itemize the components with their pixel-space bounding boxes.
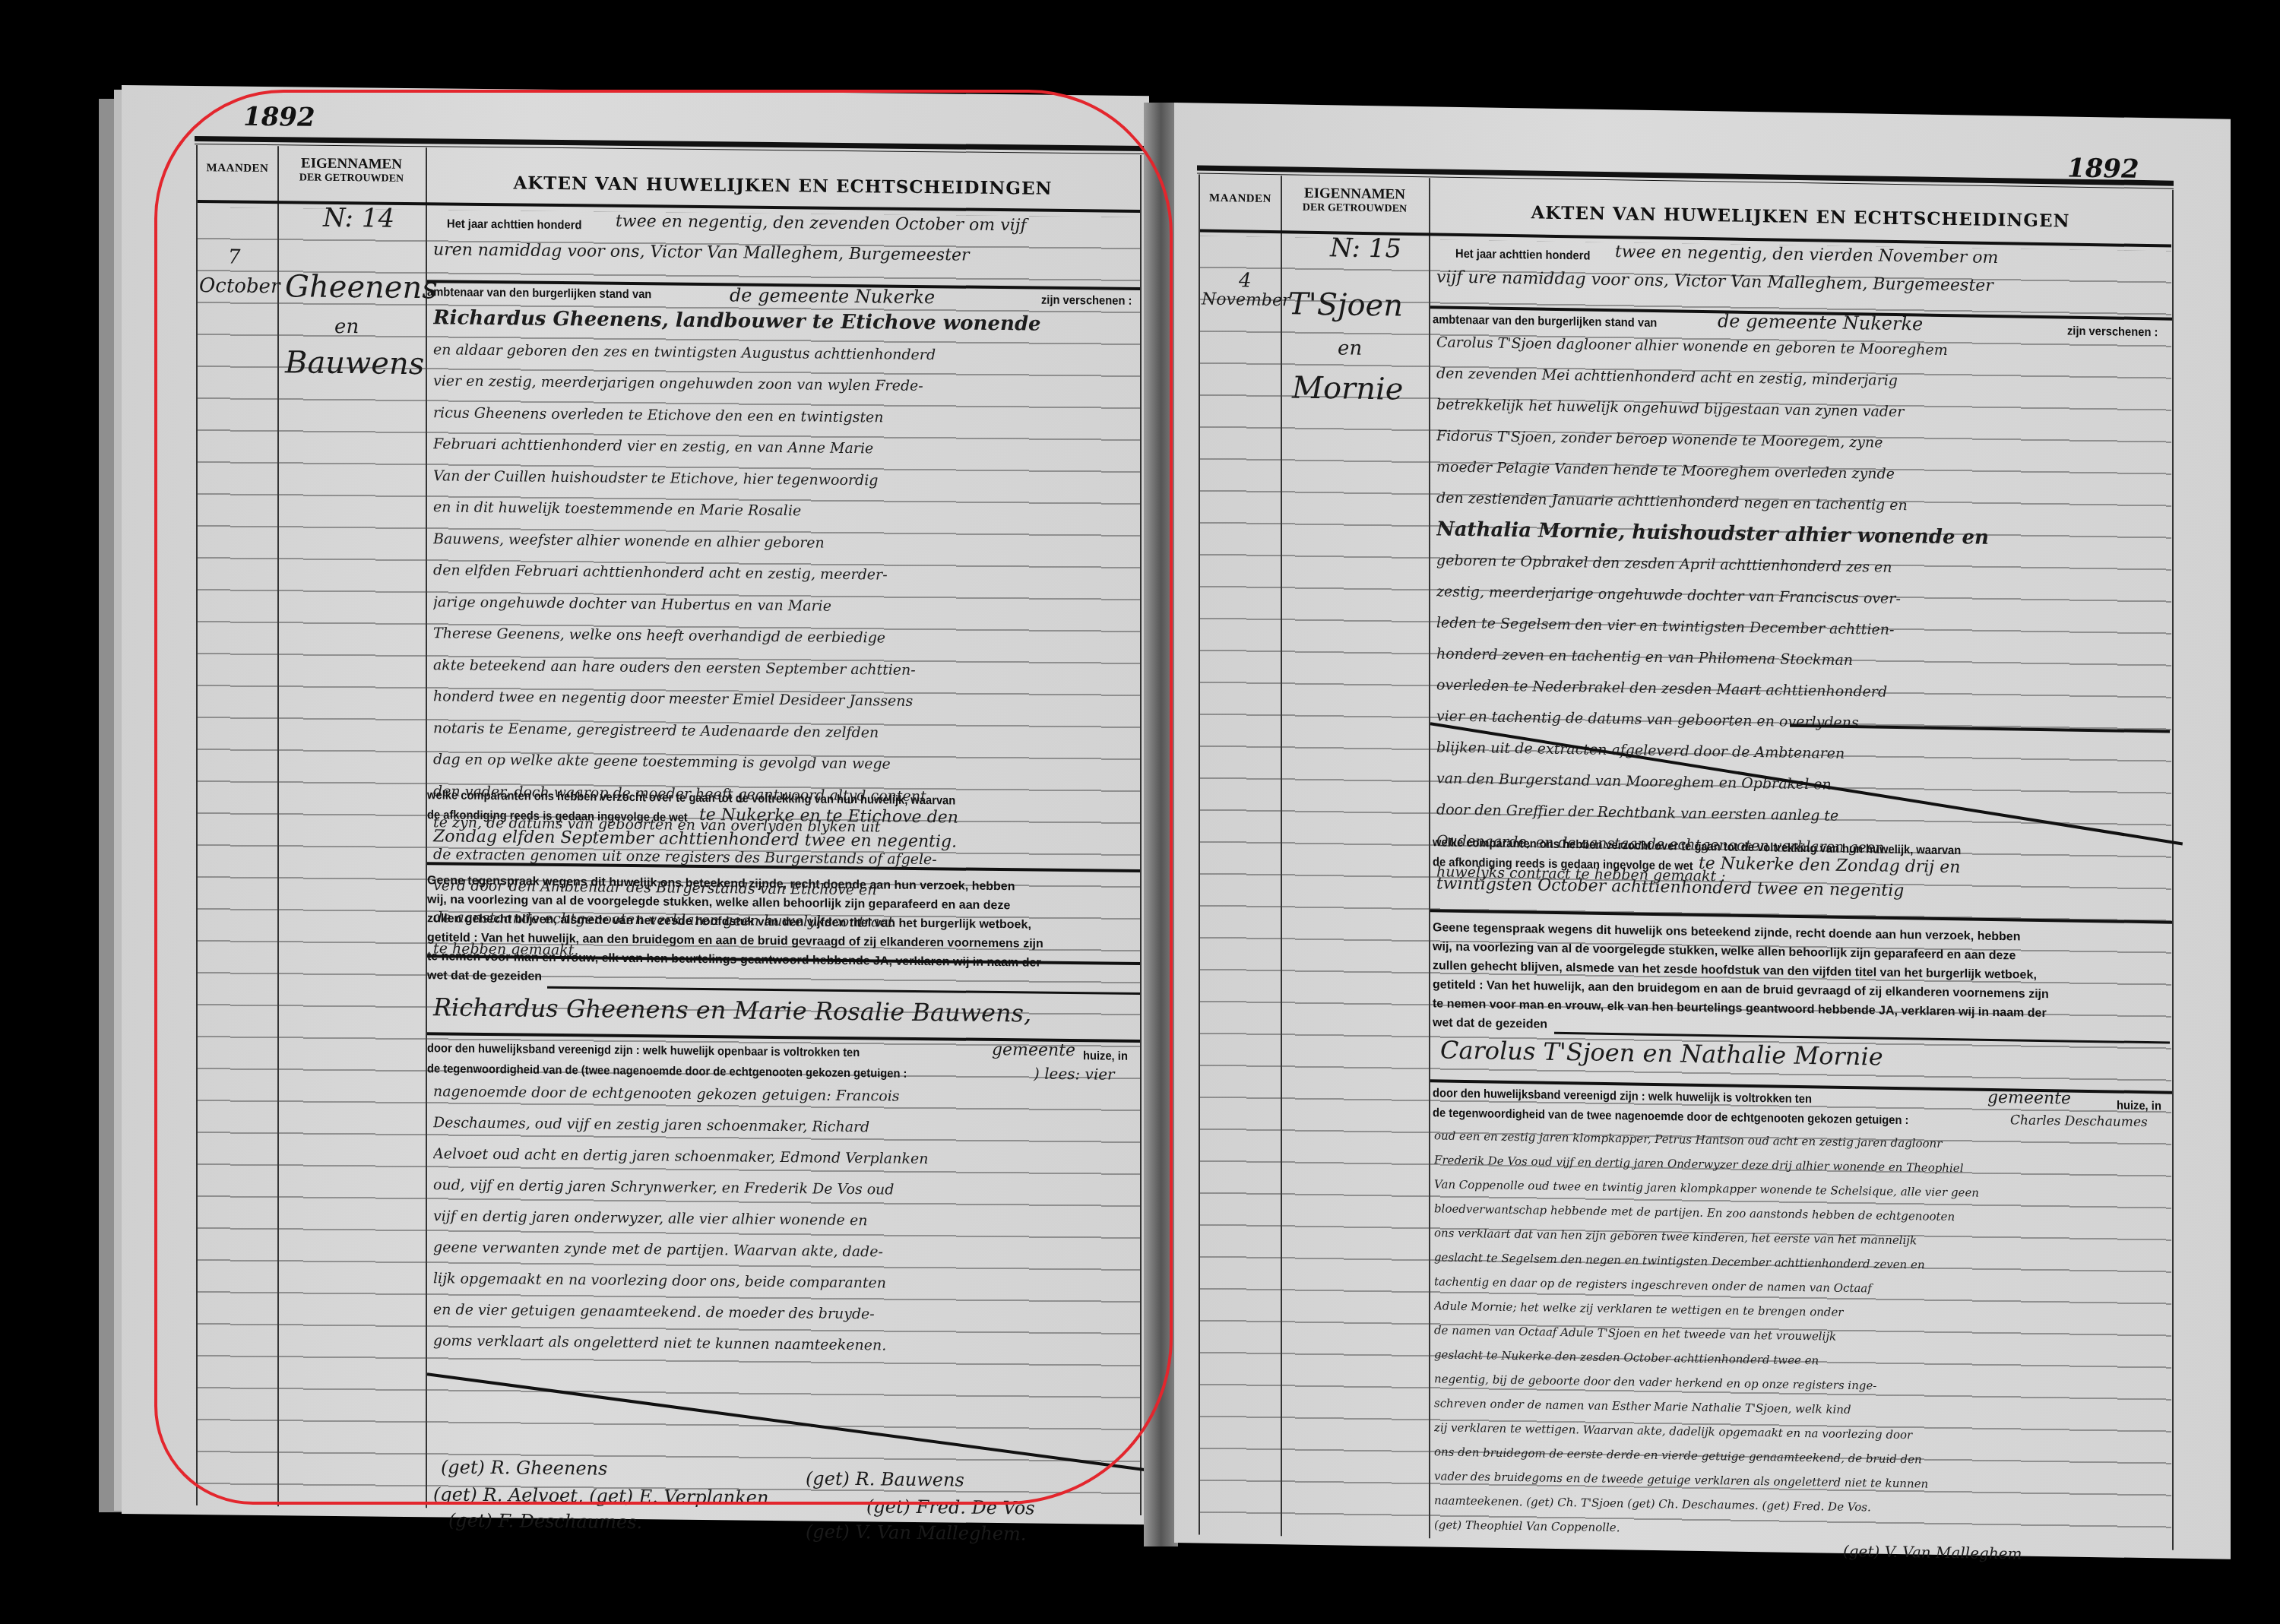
header-eigennamen-line2: DER GETROUWDEN bbox=[1281, 201, 1429, 216]
names-conjunction: en bbox=[334, 315, 359, 338]
header-eigennamen: EIGENNAMEN DER GETROUWDEN bbox=[277, 155, 426, 185]
witness-block: oud een en zestig jaren klompkapper, Pet… bbox=[1434, 1123, 2170, 1548]
door-handwritten-2: Charles Deschaumes bbox=[2010, 1113, 2148, 1130]
signature-witnesses: (get) R. Aelvoet, (get) E. Verplanken. bbox=[433, 1483, 774, 1508]
bride-surname: Bauwens bbox=[285, 345, 424, 381]
intro-printed: Het jaar achttien honderd bbox=[1455, 248, 1590, 264]
witness-block: nagenoemde door de echtgenooten gekozen … bbox=[433, 1076, 1136, 1364]
month: November bbox=[1202, 290, 1290, 311]
signature-witness-deschaumes: (get) F. Deschaumes. bbox=[448, 1510, 642, 1534]
verschenen-printed: zijn verschenen : bbox=[1041, 294, 1132, 309]
record-number: N: 14 bbox=[323, 203, 394, 234]
names-conjunction: en bbox=[1338, 337, 1362, 360]
geene-printed-block: Geene tegenspraak wegens dit huwelijk on… bbox=[1433, 918, 2170, 1043]
door-handwritten-1: gemeente bbox=[1987, 1088, 2071, 1109]
right-page: 1892 MAANDEN EIGENNAMEN DER GETROUWDEN A… bbox=[1174, 103, 2231, 1559]
record-body: Carolus T'Sjoen daglooner alhier wonende… bbox=[1436, 327, 2166, 899]
signature-mayor: (get) V. Van Malleghem bbox=[1843, 1542, 2022, 1563]
left-page: 1892 MAANDEN EIGENNAMEN DER GETROUWDEN A… bbox=[122, 85, 1149, 1524]
month-day: 7 bbox=[228, 245, 241, 268]
afkondiging-printed-2: de afkondiging reeds is gedaan ingevolge… bbox=[427, 809, 688, 825]
left-page-year: 1892 bbox=[243, 102, 315, 133]
door-handwritten-2: ) lees: vier bbox=[1034, 1065, 1115, 1084]
ambtenaar-handwritten: de gemeente Nukerke bbox=[1718, 310, 1923, 334]
door-printed-1b: huize, in bbox=[1083, 1049, 1128, 1064]
month-day: 4 bbox=[1239, 269, 1252, 292]
header-maanden: MAANDEN bbox=[198, 162, 277, 176]
header-eigennamen: EIGENNAMEN DER GETROUWDEN bbox=[1281, 185, 1429, 216]
signature-mayor: (get) V. Van Malleghem. bbox=[806, 1521, 1026, 1544]
groom-surname: T'Sjoen bbox=[1288, 286, 1403, 323]
door-printed-1b: huize, in bbox=[2117, 1099, 2161, 1113]
col-border-right bbox=[2172, 190, 2174, 1550]
col-border-right bbox=[1140, 155, 1142, 1515]
header-eigennamen-line2: DER GETROUWDEN bbox=[277, 172, 426, 185]
header-eigennamen-line1: EIGENNAMEN bbox=[277, 155, 426, 173]
groom-surname: Gheenens bbox=[285, 269, 438, 305]
header-title: AKTEN VAN HUWELIJKEN EN ECHTSCHEIDINGEN bbox=[426, 172, 1140, 200]
intro-printed: Het jaar achttien honderd bbox=[447, 217, 581, 233]
header-eigennamen-line1: EIGENNAMEN bbox=[1281, 185, 1429, 204]
header-maanden: MAANDEN bbox=[1200, 192, 1281, 207]
signature-bride: (get) R. Bauwens bbox=[806, 1467, 964, 1490]
book-gutter bbox=[1144, 103, 1178, 1546]
bride-surname: Mornie bbox=[1292, 370, 1403, 407]
header-title: AKTEN VAN HUWELIJKEN EN ECHTSCHEIDINGEN bbox=[1429, 201, 2172, 233]
signature-witness-devos: (get) Fred. De Vos bbox=[866, 1496, 1034, 1518]
door-handwritten-1: gemeente bbox=[992, 1040, 1075, 1060]
geene-printed-block: Geene tegenspraak wegens dit huwelijk on… bbox=[427, 871, 1138, 992]
ambtenaar-handwritten: de gemeente Nukerke bbox=[730, 284, 935, 308]
signature-groom: (get) R. Gheenens bbox=[441, 1456, 607, 1479]
ambtenaar-printed: ambtenaar van den burgerlijken stand van bbox=[427, 286, 651, 302]
afkondiging-handwritten-1: te Nukerke en te Etichove den bbox=[699, 806, 958, 828]
record-number: N: 15 bbox=[1330, 233, 1401, 264]
month: October bbox=[199, 274, 280, 298]
